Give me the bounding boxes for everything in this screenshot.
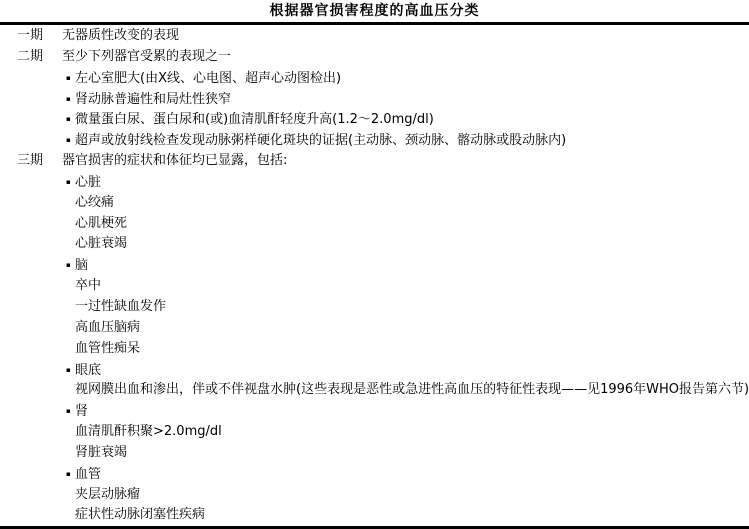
sub-item-text: 心脏衰竭 bbox=[75, 236, 127, 251]
sub-item-text: 血管性痴呆 bbox=[75, 341, 140, 356]
item-text: 微量蛋白尿、蛋白尿和(或)血清肌酐轻度升高(1.2～2.0mg/dl) bbox=[75, 112, 434, 127]
bullet-icon: ▪ bbox=[66, 464, 75, 485]
table-row: ▪左心室肥大(由X线、心电图、超声心动图检出) bbox=[0, 68, 749, 89]
table-row: 一过性缺血发作 bbox=[0, 297, 749, 318]
table-row: 夹层动脉瘤 bbox=[0, 485, 749, 506]
table-row: ▪血管 bbox=[0, 464, 749, 485]
bullet-icon: ▪ bbox=[66, 172, 75, 193]
table-row: 心脏衰竭 bbox=[0, 234, 749, 255]
table-row: ▪脑 bbox=[0, 255, 749, 276]
table-row: 血清肌酐积聚>2.0mg/dl bbox=[0, 422, 749, 443]
stage-text: 至少下列器官受累的表现之一 bbox=[62, 49, 231, 64]
sub-item-text: 心绞痛 bbox=[75, 195, 114, 210]
stage-text: 器官损害的症状和体征均已显露，包括: bbox=[62, 153, 287, 168]
item-text: 心脏 bbox=[75, 175, 101, 190]
sub-item-text: 视网膜出血和渗出，伴或不伴视盘水肿(这些表现是恶性或急进性高血压的特征性表现——… bbox=[75, 382, 749, 397]
bullet-icon: ▪ bbox=[66, 401, 75, 422]
item-text: 肾动脉普遍性和局灶性狭窄 bbox=[75, 92, 231, 107]
sub-item-text: 高血压脑病 bbox=[75, 320, 140, 335]
sub-item-text: 血清肌酐积聚>2.0mg/dl bbox=[75, 424, 222, 439]
table-row: 心绞痛 bbox=[0, 193, 749, 214]
table-body: 一期无器质性改变的表现二期至少下列器官受累的表现之一▪左心室肥大(由X线、心电图… bbox=[0, 25, 749, 526]
bullet-icon: ▪ bbox=[66, 255, 75, 276]
table-row: 肾脏衰竭 bbox=[0, 443, 749, 464]
item-text: 眼底 bbox=[75, 363, 101, 378]
table-row: 卒中 bbox=[0, 276, 749, 297]
sub-item-text: 卒中 bbox=[75, 278, 101, 293]
stage-label: 二期 bbox=[17, 47, 62, 68]
table-row: ▪超声或放射线检查发现动脉粥样硬化斑块的证据(主动脉、颈动脉、髂动脉或股动脉内) bbox=[0, 130, 749, 151]
table-row: ▪肾动脉普遍性和局灶性狭窄 bbox=[0, 89, 749, 110]
item-text: 脑 bbox=[75, 258, 88, 273]
bullet-icon: ▪ bbox=[66, 89, 75, 110]
table-row: ▪肾 bbox=[0, 401, 749, 422]
sub-item-text: 夹层动脉瘤 bbox=[75, 487, 140, 502]
sub-item-text: 心肌梗死 bbox=[75, 216, 127, 231]
table-row: ▪眼底 bbox=[0, 360, 749, 381]
table-row: 高血压脑病 bbox=[0, 318, 749, 339]
table-row: 血管性痴呆 bbox=[0, 339, 749, 360]
table-row: 症状性动脉闭塞性疾病 bbox=[0, 505, 749, 526]
bullet-icon: ▪ bbox=[66, 68, 75, 89]
table-row: ▪心脏 bbox=[0, 172, 749, 193]
page-title: 根据器官损害程度的高血压分类 bbox=[0, 0, 749, 25]
sub-item-text: 肾脏衰竭 bbox=[75, 445, 127, 460]
item-text: 肾 bbox=[75, 404, 88, 419]
stage-text: 无器质性改变的表现 bbox=[62, 28, 179, 43]
table-row: 心肌梗死 bbox=[0, 214, 749, 235]
item-text: 左心室肥大(由X线、心电图、超声心动图检出) bbox=[75, 71, 341, 86]
bullet-icon: ▪ bbox=[66, 130, 75, 151]
table-row: 一期无器质性改变的表现 bbox=[0, 26, 749, 47]
table-row: 三期器官损害的症状和体征均已显露，包括: bbox=[0, 151, 749, 172]
sub-item-text: 症状性动脉闭塞性疾病 bbox=[75, 507, 205, 522]
bullet-icon: ▪ bbox=[66, 360, 75, 381]
table-row: 二期至少下列器官受累的表现之一 bbox=[0, 47, 749, 68]
item-text: 血管 bbox=[75, 467, 101, 482]
stage-label: 三期 bbox=[17, 151, 62, 172]
table-row: ▪微量蛋白尿、蛋白尿和(或)血清肌酐轻度升高(1.2～2.0mg/dl) bbox=[0, 109, 749, 130]
bullet-icon: ▪ bbox=[66, 109, 75, 130]
stage-label: 一期 bbox=[17, 26, 62, 47]
item-text: 超声或放射线检查发现动脉粥样硬化斑块的证据(主动脉、颈动脉、髂动脉或股动脉内) bbox=[75, 133, 566, 148]
hypertension-classification-document: 根据器官损害程度的高血压分类 一期无器质性改变的表现二期至少下列器官受累的表现之… bbox=[0, 0, 749, 529]
sub-item-text: 一过性缺血发作 bbox=[75, 299, 166, 314]
table-row: 视网膜出血和渗出，伴或不伴视盘水肿(这些表现是恶性或急进性高血压的特征性表现——… bbox=[0, 380, 749, 401]
